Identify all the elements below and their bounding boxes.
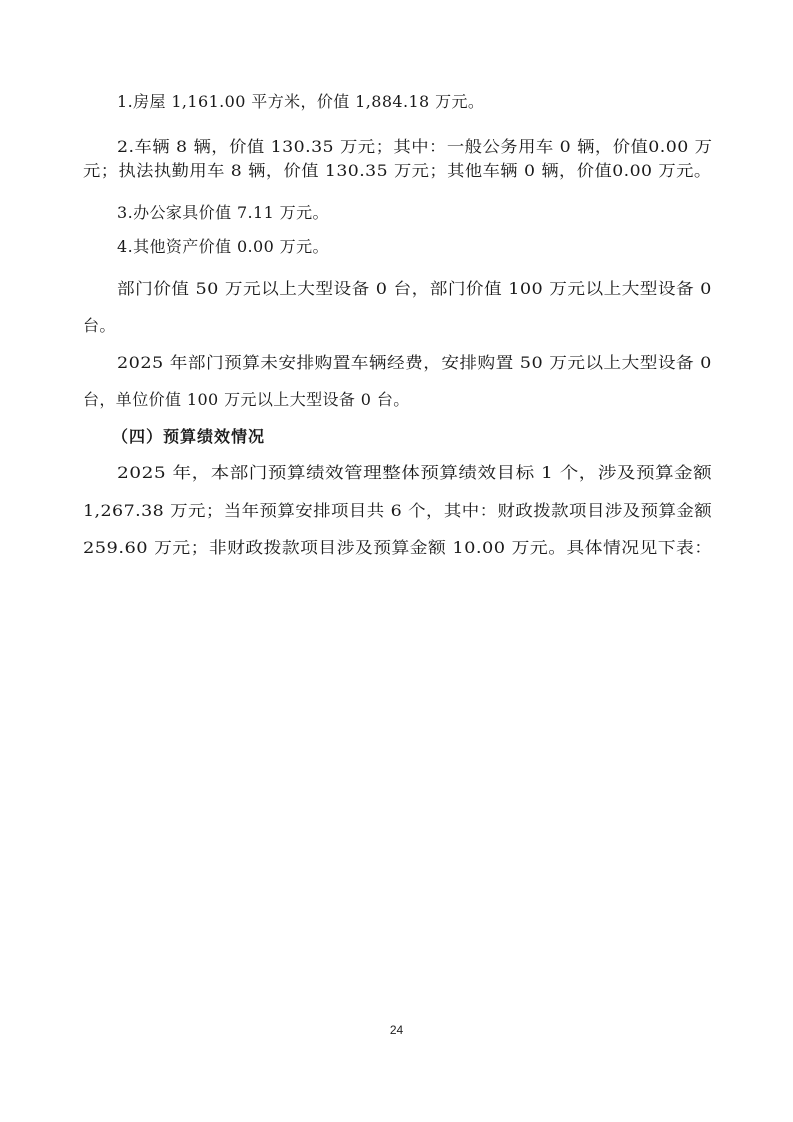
section-heading: （四）预算绩效情况 <box>112 427 265 447</box>
paragraph-vehicles-line-1: 2.车辆 8 辆，价值 130.35 万元；其中：一般公务用车 0 辆，价值0.… <box>117 137 712 157</box>
paragraph-purchase-plan-line-2: 台，单位价值 100 万元以上大型设备 0 台。 <box>83 390 410 410</box>
paragraph-performance-line-3: 259.60 万元；非财政拨款项目涉及预算金额 10.00 万元。具体情况见下表… <box>83 538 713 558</box>
page-number: 24 <box>0 1023 793 1037</box>
paragraph-large-equipment-line-1: 部门价值 50 万元以上大型设备 0 台，部门价值 100 万元以上大型设备 0 <box>117 279 712 299</box>
paragraph-furniture: 3.办公家具价值 7.11 万元。 <box>117 203 329 223</box>
paragraph-performance-line-2: 1,267.38 万元；当年预算安排项目共 6 个，其中：财政拨款项目涉及预算金… <box>83 501 712 521</box>
paragraph-vehicles-line-2: 元；执法执勤用车 8 辆，价值 130.35 万元；其他车辆 0 辆，价值0.0… <box>83 161 712 181</box>
paragraph-other-assets: 4.其他资产价值 0.00 万元。 <box>117 237 329 257</box>
paragraph-performance-line-1: 2025 年，本部门预算绩效管理整体预算绩效目标 1 个，涉及预算金额 <box>117 463 712 483</box>
paragraph-purchase-plan-line-1: 2025 年部门预算未安排购置车辆经费，安排购置 50 万元以上大型设备 0 <box>117 353 712 373</box>
paragraph-large-equipment-line-2: 台。 <box>83 316 116 336</box>
paragraph-house-line-1: 1.房屋 1,161.00 平方米，价值 1,884.18 万元。 <box>117 92 484 112</box>
